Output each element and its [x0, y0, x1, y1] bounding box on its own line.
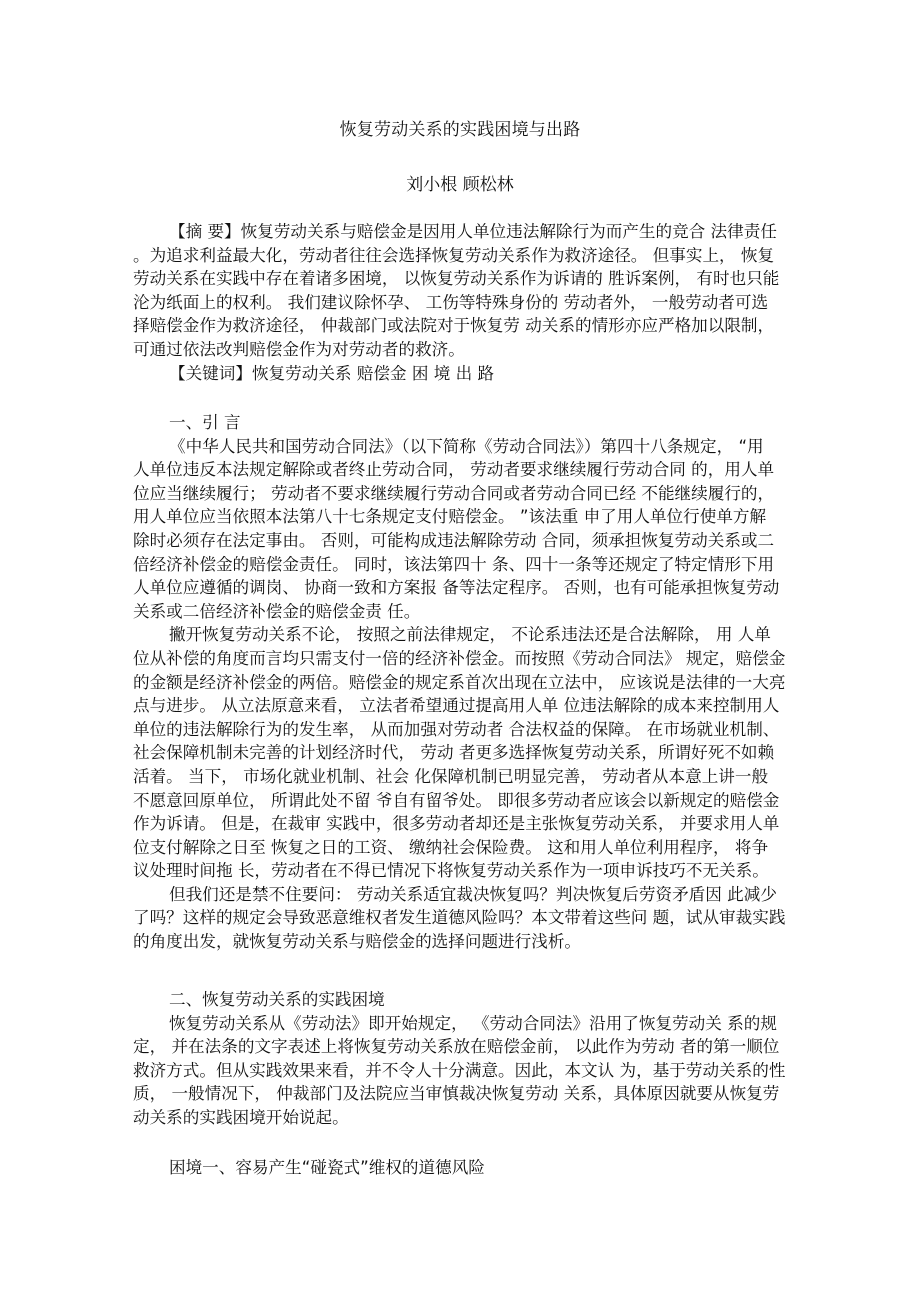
paragraph-line: 撇开恢复劳动关系不论， 按照之前法律规定， 不论系违法还是合法解除， 用 人单 [133, 623, 785, 647]
paragraph-line: 救济方式。但从实践效果来看，并不令人十分满意。因此，本文认 为，基于劳动关系的性 [133, 1059, 785, 1083]
abstract-line: 劳动关系在实践中存在着诸多困境， 以恢复劳动关系作为诉请的 胜诉案例， 有时也只… [133, 267, 785, 291]
abstract-line: 【摘 要】恢复劳动关系与赔偿金是因用人单位违法解除行为而产生的竞合 法律责任 [133, 220, 785, 244]
paragraph-line: 关系或二倍经济补偿金的赔偿金责 任。 [133, 600, 785, 624]
paragraph-line: 社会保障机制未完善的计划经济时代， 劳动 者更多选择恢复劳动关系，所谓好死不如赖 [133, 741, 785, 765]
paragraph-line: 位支付解除之日至 恢复之日的工资、 缴纳社会保险费。 这和用人单位利用程序， 将… [133, 836, 785, 860]
subsection-heading: 困境一、容易产生“碰瓷式”维权的道德风险 [133, 1156, 785, 1180]
paragraph-line: 《中华人民共和国劳动合同法》（以下简称《劳动合同法》）第四十八条规定， “用 [133, 435, 785, 459]
paragraph-line: 用人单位应当依照本法第八十七条规定支付赔偿金。 ”该法重 申了用人单位行使单方解 [133, 505, 785, 529]
abstract-line: 。为追求利益最大化，劳动者往往会选择恢复劳动关系作为救济途径。 但事实上， 恢复 [133, 244, 785, 268]
paragraph-line: 倍经济补偿金的赔偿金责任。 同时，该法第四十 条、四十一条等还规定了特定情形下用 [133, 553, 785, 577]
paragraph-line: 议处理时间拖 长，劳动者在不得已情况下将恢复劳动关系作为一项申诉技巧不无关系。 [133, 859, 785, 883]
paragraph-line: 不愿意回原单位， 所谓此处不留 爷自有留爷处。 即很多劳动者应该会以新规定的赔偿… [133, 789, 785, 813]
paragraph-line: 活着。 当下， 市场化就业机制、社会 化保障机制已明显完善， 劳动者从本意上讲一… [133, 765, 785, 789]
paragraph-line: 质， 一般情况下， 仲裁部门及法院应当审慎裁决恢复劳动 关系，具体原因就要从恢复… [133, 1082, 785, 1106]
section-heading: 二、恢复劳动关系的实践困境 [133, 988, 785, 1012]
paragraph-line: 了吗？这样的规定会导致恶意维权者发生道德风险吗？本文带着这些问 题，试从审裁实践 [133, 906, 785, 930]
paragraph-line: 除时必须存在法定事由。 否则，可能构成违法解除劳动 合同，须承担恢复劳动关系或二 [133, 529, 785, 553]
section-introduction: 一、引 言 《中华人民共和国劳动合同法》（以下简称《劳动合同法》）第四十八条规定… [133, 411, 785, 954]
paragraph-line: 的角度出发，就恢复劳动关系与赔偿金的选择问题进行浅析。 [133, 930, 785, 954]
paragraph-line: 定， 并在法条的文字表述上将恢复劳动关系放在赔偿金前， 以此作为劳动 者的第一顺… [133, 1035, 785, 1059]
paragraph-line: 人单位应遵循的调岗、 协商一致和方案报 备等法定程序。 否则，也有可能承担恢复劳… [133, 576, 785, 600]
paragraph-line: 但我们还是禁不住要问： 劳动关系适宜裁决恢复吗？判决恢复后劳资矛盾因 此减少 [133, 883, 785, 907]
paragraph-line: 人单位违反本法规定解除或者终止劳动合同， 劳动者要求继续履行劳动合同 的，用人单 [133, 458, 785, 482]
document-authors: 刘小根 顾松林 [0, 173, 920, 197]
paragraph-line: 动关系的实践困境开始说起。 [133, 1106, 785, 1130]
section-practical-dilemmas: 二、恢复劳动关系的实践困境 恢复劳动关系从《劳动法》即开始规定， 《劳动合同法》… [133, 988, 785, 1130]
paragraph-line: 的金额是经济补偿金的两倍。赔偿金的规定系首次出现在立法中， 应该说是法律的一大亮 [133, 671, 785, 695]
document-title: 恢复劳动关系的实践困境与出路 [0, 118, 920, 142]
abstract-line: 可通过依法改判赔偿金作为对劳动者的救济。 [133, 338, 785, 362]
dilemma-one: 困境一、容易产生“碰瓷式”维权的道德风险 [133, 1156, 785, 1180]
paragraph-line: 单位的违法解除行为的发生率， 从而加强对劳动者 合法权益的保障。 在市场就业机制… [133, 718, 785, 742]
section-heading: 一、引 言 [133, 411, 785, 435]
abstract-line: 择赔偿金作为救济途径， 仲裁部门或法院对于恢复劳 动关系的情形亦应严格加以限制， [133, 314, 785, 338]
abstract-line: 沦为纸面上的权利。 我们建议除怀孕、 工伤等特殊身份的 劳动者外， 一般劳动者可… [133, 291, 785, 315]
keywords: 【关键词】恢复劳动关系 赔偿金 困 境 出 路 [133, 362, 785, 386]
paragraph-line: 点与进步。 从立法原意来看， 立法者希望通过提高用人单 位违法解除的成本来控制用… [133, 694, 785, 718]
paragraph-line: 作为诉请。 但是，在裁审 实践中，很多劳动者却还是主张恢复劳动关系， 并要求用人… [133, 812, 785, 836]
paragraph-line: 位应当继续履行； 劳动者不要求继续履行劳动合同或者劳动合同已经 不能继续履行的， [133, 482, 785, 506]
abstract: 【摘 要】恢复劳动关系与赔偿金是因用人单位违法解除行为而产生的竞合 法律责任 。… [133, 220, 785, 385]
document-page: 恢复劳动关系的实践困境与出路 刘小根 顾松林 【摘 要】恢复劳动关系与赔偿金是因… [0, 0, 920, 1303]
paragraph-line: 恢复劳动关系从《劳动法》即开始规定， 《劳动合同法》沿用了恢复劳动关 系的规 [133, 1012, 785, 1036]
paragraph-line: 位从补偿的角度而言均只需支付一倍的经济补偿金。而按照《劳动合同法》 规定，赔偿金 [133, 647, 785, 671]
